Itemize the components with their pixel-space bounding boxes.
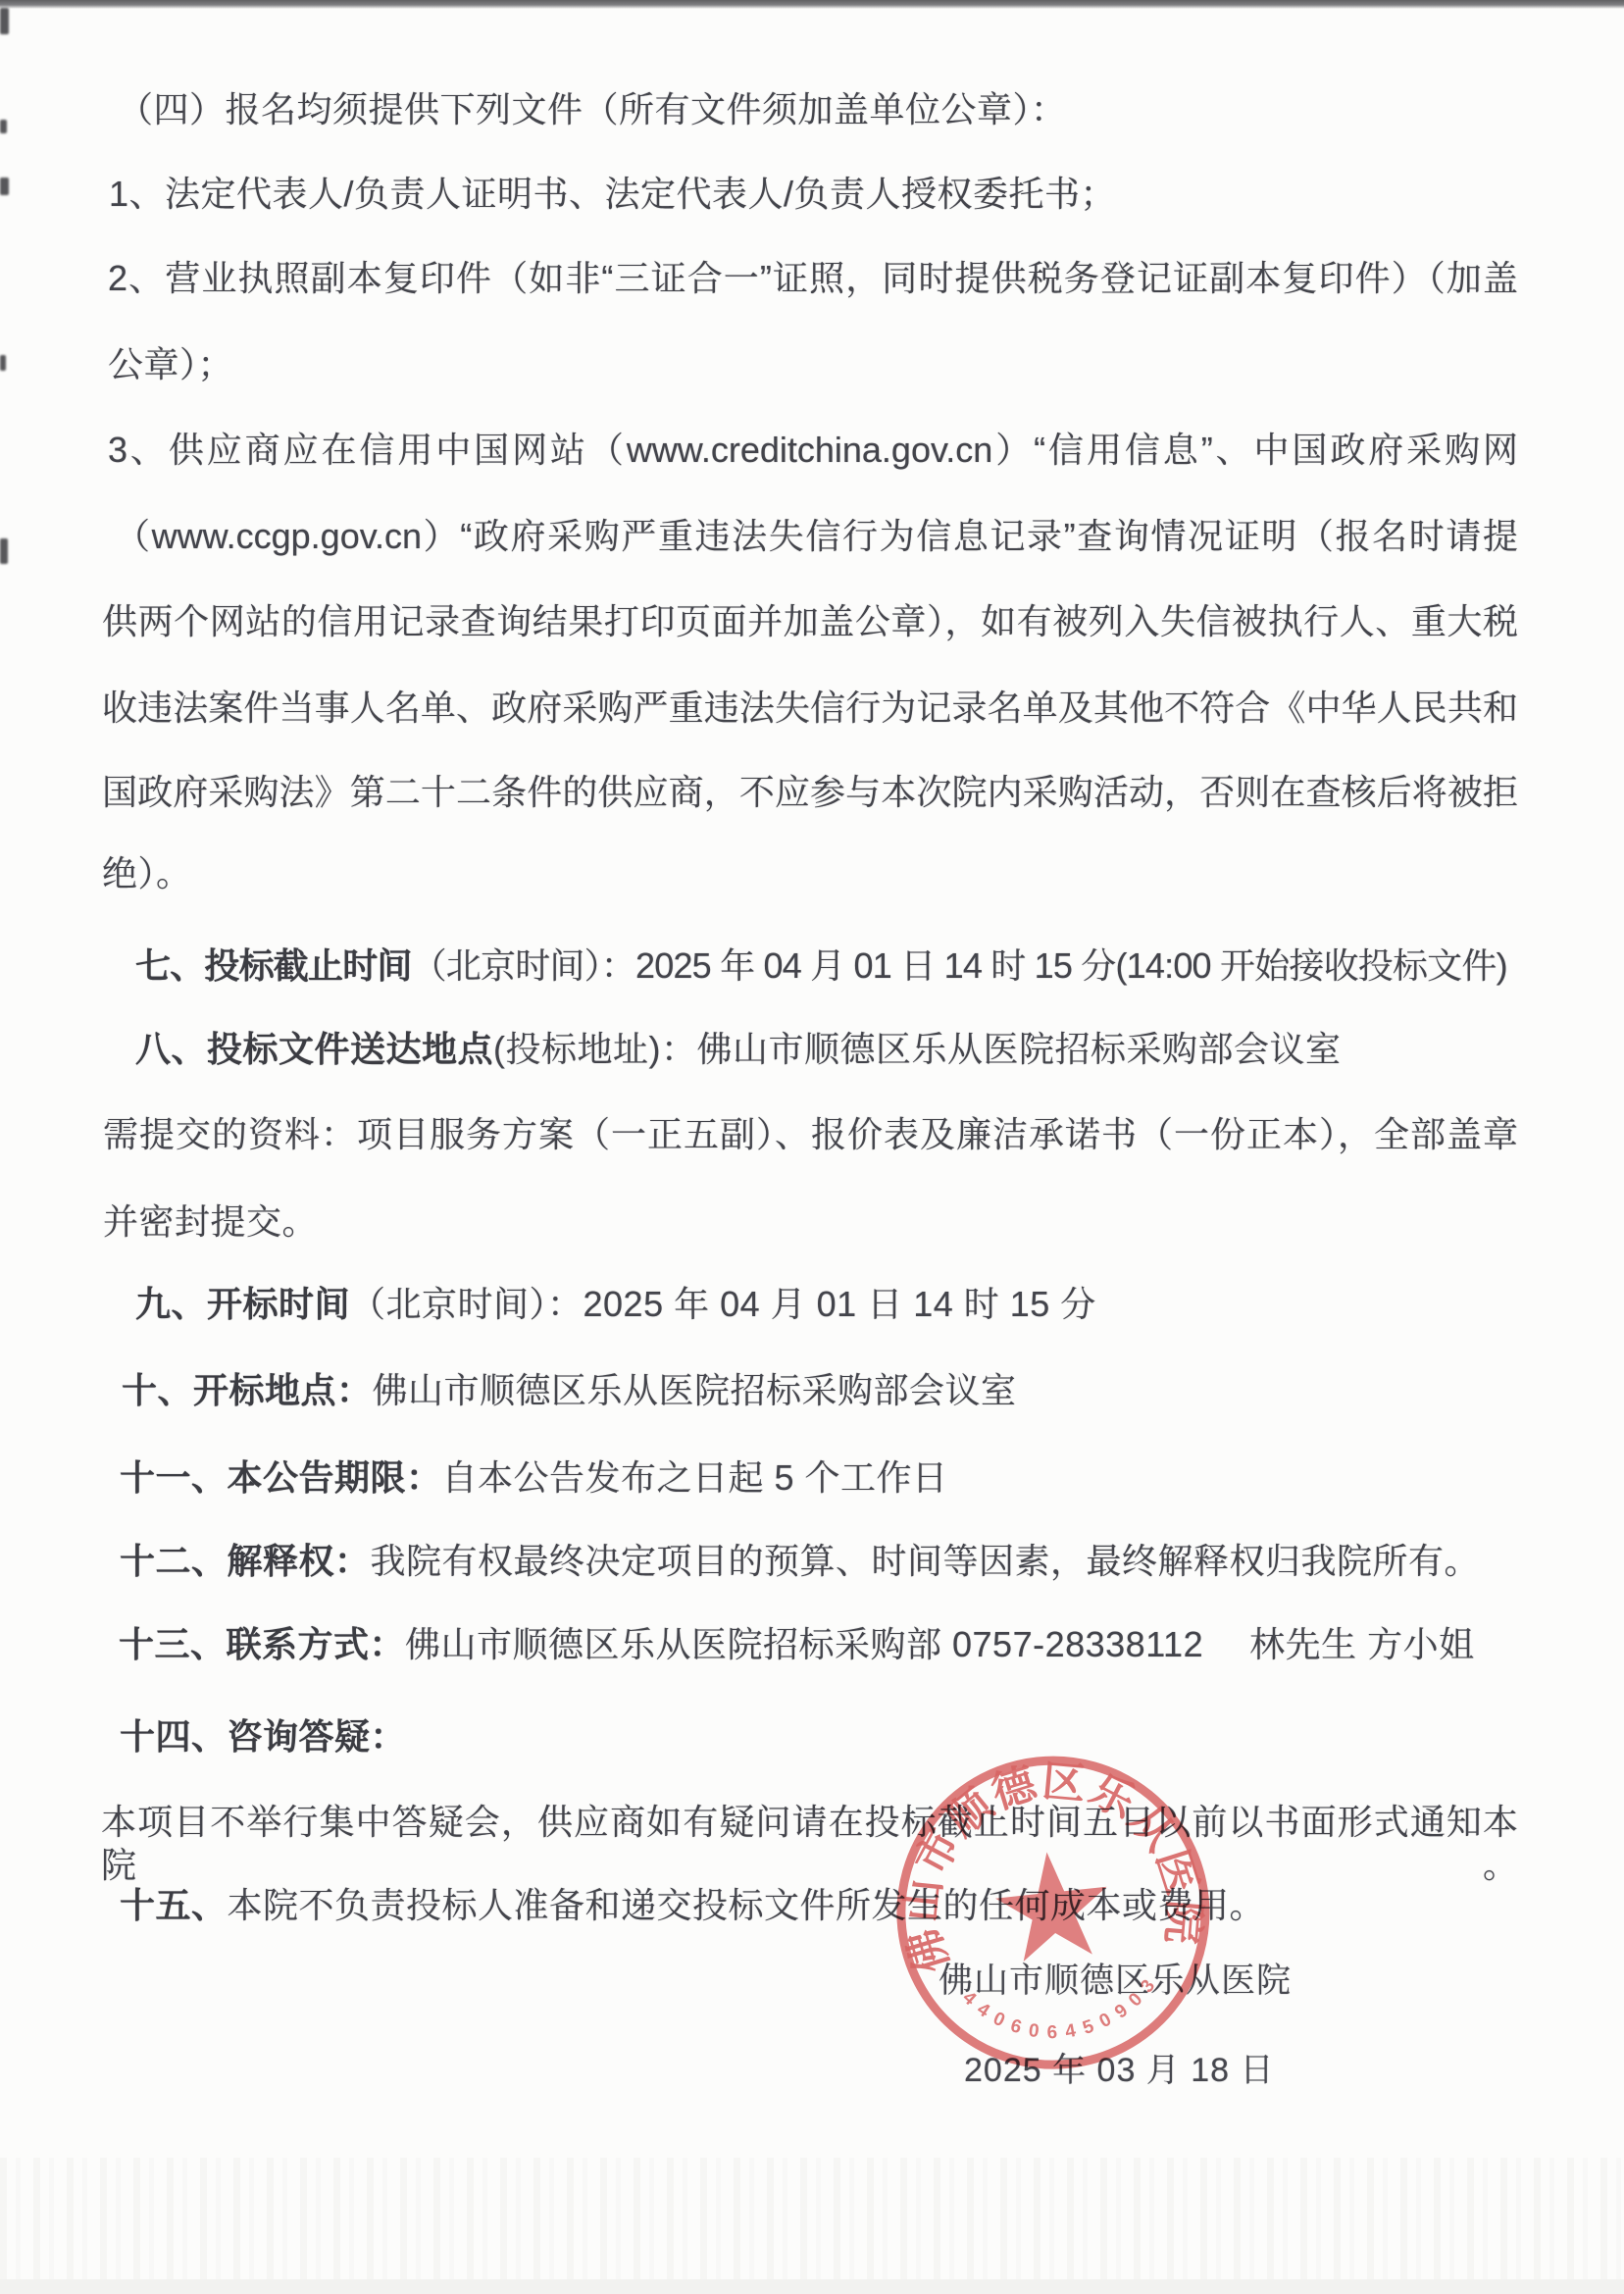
section-heading: 七、投标截止时间 [135, 945, 412, 986]
line-text: 2、营业执照副本复印件（如非“三证合一”证照，同时提供税务登记证副本复印件）（加… [108, 258, 1518, 298]
document-line: （四）报名均须提供下列文件（所有文件须加盖单位公章）： [118, 88, 1067, 131]
line-text: （北京时间）：2025 年 04 月 01 日 14 时 15 分 [350, 1284, 1096, 1324]
document-line: 十一、本公告期限：自本公告发布之日起 5 个工作日 [120, 1456, 948, 1500]
line-text: 并密封提交。 [103, 1201, 318, 1242]
document-line: 需提交的资料：项目服务方案（一正五副）、报价表及廉洁承诺书（一份正本），全部盖章 [103, 1113, 1518, 1156]
document-line: 1、法定代表人/负责人证明书、法定代表人/负责人授权委托书； [109, 173, 1116, 216]
scan-artifact-mark [0, 538, 8, 564]
line-text: 公章）； [108, 344, 233, 384]
section-heading: 十四、咨询答疑： [120, 1716, 406, 1757]
section-heading: 十、开标地点： [122, 1370, 373, 1410]
line-text: 本项目不举行集中答疑会，供应商如有疑问请在投标截止时间五日以前以书面形式通知本院… [101, 1802, 1518, 1885]
document-line: 公章）； [108, 343, 233, 386]
document-line: 十四、咨询答疑： [120, 1715, 406, 1759]
line-text: 绝）。 [102, 853, 192, 893]
document-line: 3、供应商应在信用中国网站（www.creditchina.gov.cn）“信用… [108, 429, 1518, 472]
document-line: 国政府采购法》第二十二条件的供应商，不应参与本次院内采购活动，否则在查核后将被拒 [102, 771, 1518, 814]
section-heading: 九、开标时间 [135, 1284, 350, 1324]
line-text: （四）报名均须提供下列文件（所有文件须加盖单位公章）： [118, 89, 1067, 129]
section-heading: 八、投标文件送达地点 [135, 1029, 493, 1069]
scan-artifact-mark [0, 120, 7, 133]
line-text: 需提交的资料：项目服务方案（一正五副）、报价表及廉洁承诺书（一份正本），全部盖章 [103, 1114, 1518, 1154]
section-heading: 十一、本公告期限： [120, 1457, 442, 1498]
line-text: （www.ccgp.gov.cn）“政府采购严重违法失信行为信息记录”查询情况证… [115, 516, 1518, 556]
line-text: （北京时间）：2025 年 04 月 01 日 14 时 15 分(14:00 … [412, 945, 1507, 986]
scan-artifact-noise [0, 2158, 1624, 2280]
section-heading: 十三、联系方式： [119, 1624, 405, 1664]
stamp-star-icon [991, 1846, 1114, 1963]
document-line: 十三、联系方式：佛山市顺德区乐从医院招标采购部 0757-28338112 林先… [119, 1623, 1475, 1666]
line-text: 1、法定代表人/负责人证明书、法定代表人/负责人授权委托书； [109, 174, 1116, 214]
line-text: 3、供应商应在信用中国网站（www.creditchina.gov.cn）“信用… [108, 430, 1518, 470]
section-heading: 十二、解释权： [120, 1541, 371, 1581]
document-line: 八、投标文件送达地点(投标地址)：佛山市顺德区乐从医院招标采购部会议室 [135, 1028, 1342, 1071]
line-text: (投标地址)：佛山市顺德区乐从医院招标采购部会议室 [493, 1029, 1341, 1069]
line-text: 我院有权最终决定项目的预算、时间等因素，最终解释权归我院所有。 [371, 1541, 1481, 1581]
official-seal-stamp: 佛山市顺德区乐从医院 440606450903 [872, 1731, 1236, 2095]
line-text: 收违法案件当事人名单、政府采购严重违法失信行为记录名单及其他不符合《中华人民共和 [102, 688, 1518, 728]
document-line: 本项目不举行集中答疑会，供应商如有疑问请在投标截止时间五日以前以书面形式通知本院… [101, 1801, 1518, 1844]
scanned-document-page: （四）报名均须提供下列文件（所有文件须加盖单位公章）：1、法定代表人/负责人证明… [0, 0, 1624, 2294]
scan-artifact-mark [0, 355, 6, 371]
scan-artifact-bottom-strip [0, 2279, 1624, 2294]
document-line: 供两个网站的信用记录查询结果打印页面并加盖公章），如有被列入失信被执行人、重大税 [102, 600, 1518, 643]
document-line: 九、开标时间（北京时间）：2025 年 04 月 01 日 14 时 15 分 [135, 1283, 1096, 1326]
line-text: 自本公告发布之日起 5 个工作日 [442, 1457, 948, 1498]
scan-artifact-mark [0, 178, 9, 195]
section-heading: 十五、 [120, 1885, 228, 1925]
line-text: 佛山市顺德区乐从医院招标采购部 0757-28338112 林先生 方小姐 [405, 1624, 1475, 1664]
document-line: 并密封提交。 [103, 1200, 318, 1244]
scan-artifact-top-edge [0, 0, 1624, 9]
document-line: 绝）。 [102, 852, 192, 895]
line-text: 供两个网站的信用记录查询结果打印页面并加盖公章），如有被列入失信被执行人、重大税 [102, 601, 1518, 641]
document-line: 2、营业执照副本复印件（如非“三证合一”证照，同时提供税务登记证副本复印件）（加… [108, 257, 1518, 300]
document-line: 十二、解释权：我院有权最终决定项目的预算、时间等因素，最终解释权归我院所有。 [120, 1540, 1480, 1583]
document-line: 收违法案件当事人名单、政府采购严重违法失信行为记录名单及其他不符合《中华人民共和 [102, 687, 1518, 730]
document-line: 七、投标截止时间（北京时间）：2025 年 04 月 01 日 14 时 15 … [135, 944, 1507, 988]
scan-artifact-mark [0, 8, 9, 34]
line-text: 国政府采购法》第二十二条件的供应商，不应参与本次院内采购活动，否则在查核后将被拒 [102, 772, 1518, 812]
document-line: （www.ccgp.gov.cn）“政府采购严重违法失信行为信息记录”查询情况证… [115, 515, 1518, 558]
document-line: 十、开标地点：佛山市顺德区乐从医院招标采购部会议室 [122, 1369, 1017, 1412]
line-text: 佛山市顺德区乐从医院招标采购部会议室 [373, 1370, 1017, 1410]
